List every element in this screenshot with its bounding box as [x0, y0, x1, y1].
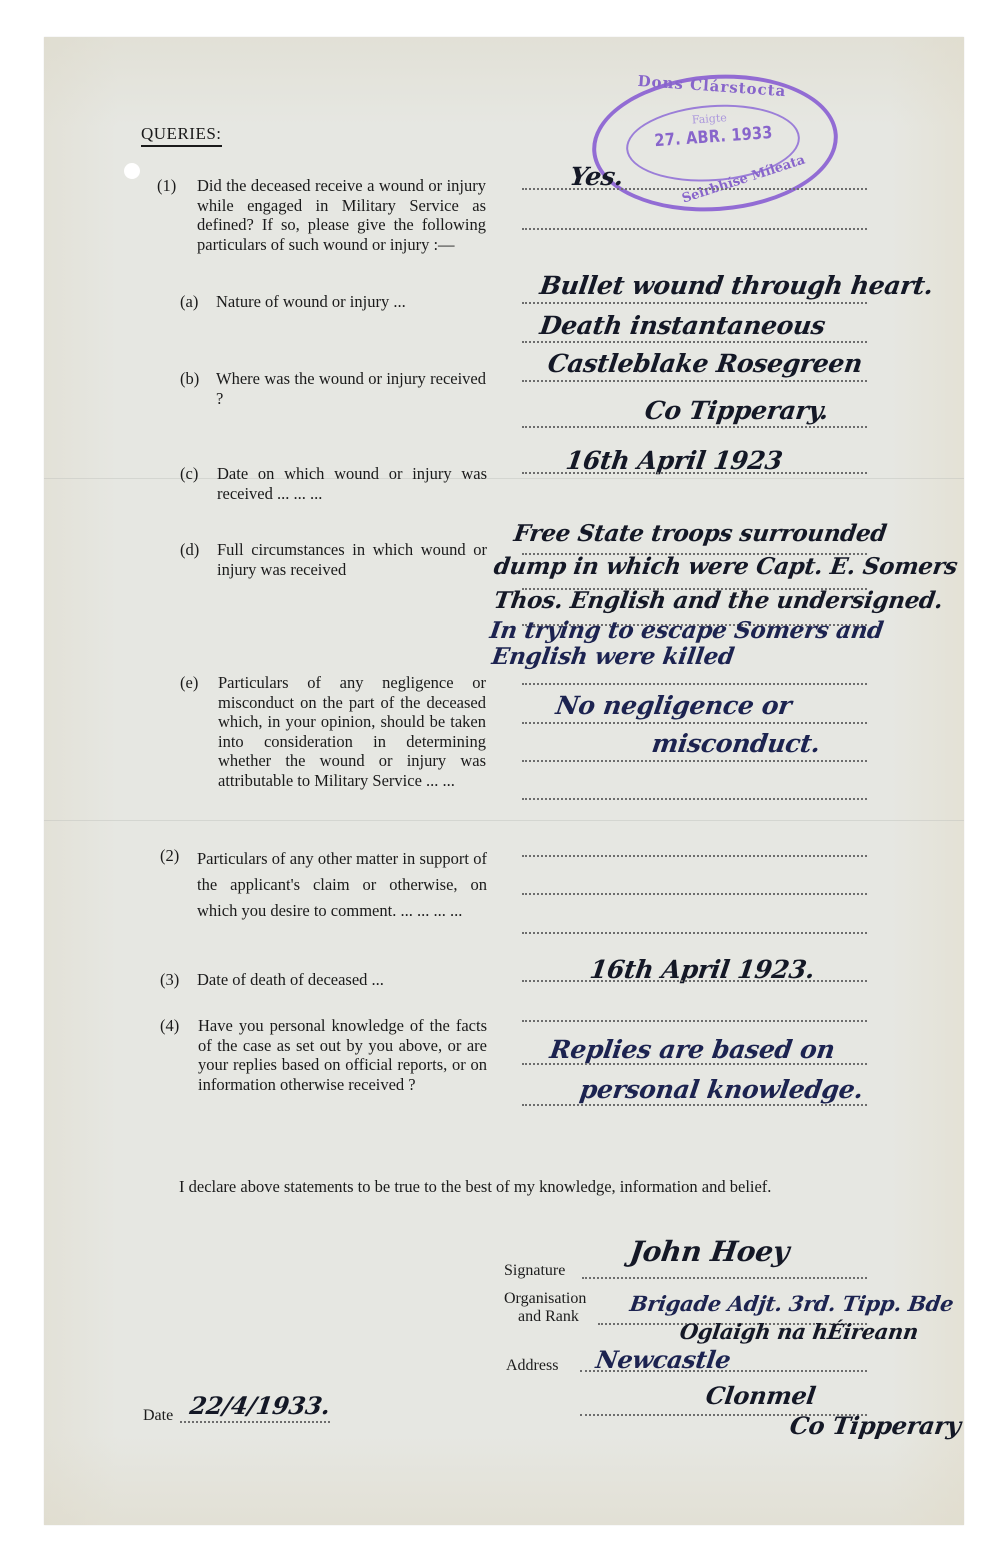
answer-dotline — [522, 683, 867, 685]
address-value-line-1: Newcastle — [594, 1346, 732, 1374]
answer-dotline — [522, 188, 867, 190]
query-1-text: Did the deceased receive a wound or inju… — [197, 176, 486, 254]
answer-d-line-1: Free State troops surrounded — [512, 520, 888, 548]
answer-e-line-2: misconduct. — [650, 730, 822, 758]
query-number: (4) — [160, 1016, 179, 1036]
answer-1-line-1: Yes. — [568, 163, 625, 191]
answer-dotline — [522, 228, 867, 230]
query-c-text: Date on which wound or injury was receiv… — [217, 464, 487, 503]
answer-dotline — [522, 426, 867, 428]
answer-dotline — [522, 798, 867, 800]
address-label: Address — [506, 1357, 558, 1375]
answer-dotline — [522, 893, 867, 895]
answer-dotline — [522, 932, 867, 934]
queries-heading: QUERIES: — [141, 124, 222, 147]
query-a-text: Nature of wound or injury ... — [216, 292, 486, 312]
query-number: (c) — [180, 464, 198, 484]
query-e-text: Particulars of any negligence or miscond… — [218, 673, 486, 790]
answer-dotline — [522, 472, 867, 474]
answer-a-line-2: Death instantaneous — [538, 312, 827, 340]
query-number: (d) — [180, 540, 199, 560]
answer-e-line-1: No negligence or — [554, 692, 793, 720]
query-4-text: Have you personal knowledge of the facts… — [198, 1016, 487, 1094]
answer-dotline — [522, 980, 867, 982]
signature-value: John Hoey — [628, 1238, 791, 1266]
query-number: (a) — [180, 292, 198, 312]
answer-b-line-1: Castleblake Rosegreen — [546, 350, 864, 378]
answer-dotline — [522, 380, 867, 382]
query-number: (e) — [180, 673, 198, 693]
answer-d-line-2: dump in which were Capt. E. Somers — [492, 553, 959, 581]
date-label: Date — [143, 1407, 173, 1425]
address-value-line-3: Co Tipperary — [788, 1412, 962, 1440]
answer-dotline — [522, 1104, 867, 1106]
query-number: (b) — [180, 369, 199, 389]
answer-dotline — [522, 341, 867, 343]
organisation-label: Organisation — [504, 1290, 586, 1308]
organisation-value-line-1: Brigade Adjt. 3rd. Tipp. Bde — [628, 1290, 955, 1318]
query-number: (1) — [157, 176, 176, 196]
query-d-text: Full circumstances in which wound or inj… — [217, 540, 487, 579]
answer-dotline — [522, 855, 867, 857]
signature-label: Signature — [504, 1262, 565, 1280]
answer-4-line-1: Replies are based on — [548, 1036, 836, 1064]
signature-dotline — [582, 1277, 867, 1279]
answer-dotline — [522, 1063, 867, 1065]
answer-dotline — [522, 722, 867, 724]
answer-b-line-2: Co Tipperary. — [643, 397, 830, 425]
answer-dotline — [522, 1020, 867, 1022]
answer-4-line-2: personal knowledge. — [578, 1076, 865, 1104]
punch-hole — [124, 163, 140, 179]
answer-d-line-4: In trying to escape Somers and — [488, 617, 885, 645]
address-value-line-2: Clonmel — [704, 1382, 817, 1410]
query-b-text: Where was the wound or injury received ? — [216, 369, 486, 408]
answer-a-line-1: Bullet wound through heart. — [538, 272, 935, 300]
query-3-text: Date of death of deceased ... — [197, 970, 487, 990]
date-value: 22/4/1933. — [188, 1392, 332, 1420]
rank-label: and Rank — [518, 1308, 579, 1326]
organisation-value-line-2: Oglaigh na hÉireann — [678, 1318, 920, 1346]
query-number: (3) — [160, 970, 179, 990]
answer-c-line-1: 16th April 1923 — [564, 447, 784, 475]
answer-dotline — [522, 302, 867, 304]
answer-d-line-5: English were killed — [490, 643, 736, 671]
declaration-text: I declare above statements to be true to… — [141, 1176, 869, 1197]
paper-fold — [44, 820, 964, 821]
answer-dotline — [522, 760, 867, 762]
date-dotline — [180, 1421, 330, 1423]
query-number: (2) — [160, 846, 179, 866]
answer-d-line-3: Thos. English and the undersigned. — [492, 587, 945, 615]
query-2-text: Particulars of any other matter in suppo… — [197, 846, 487, 924]
